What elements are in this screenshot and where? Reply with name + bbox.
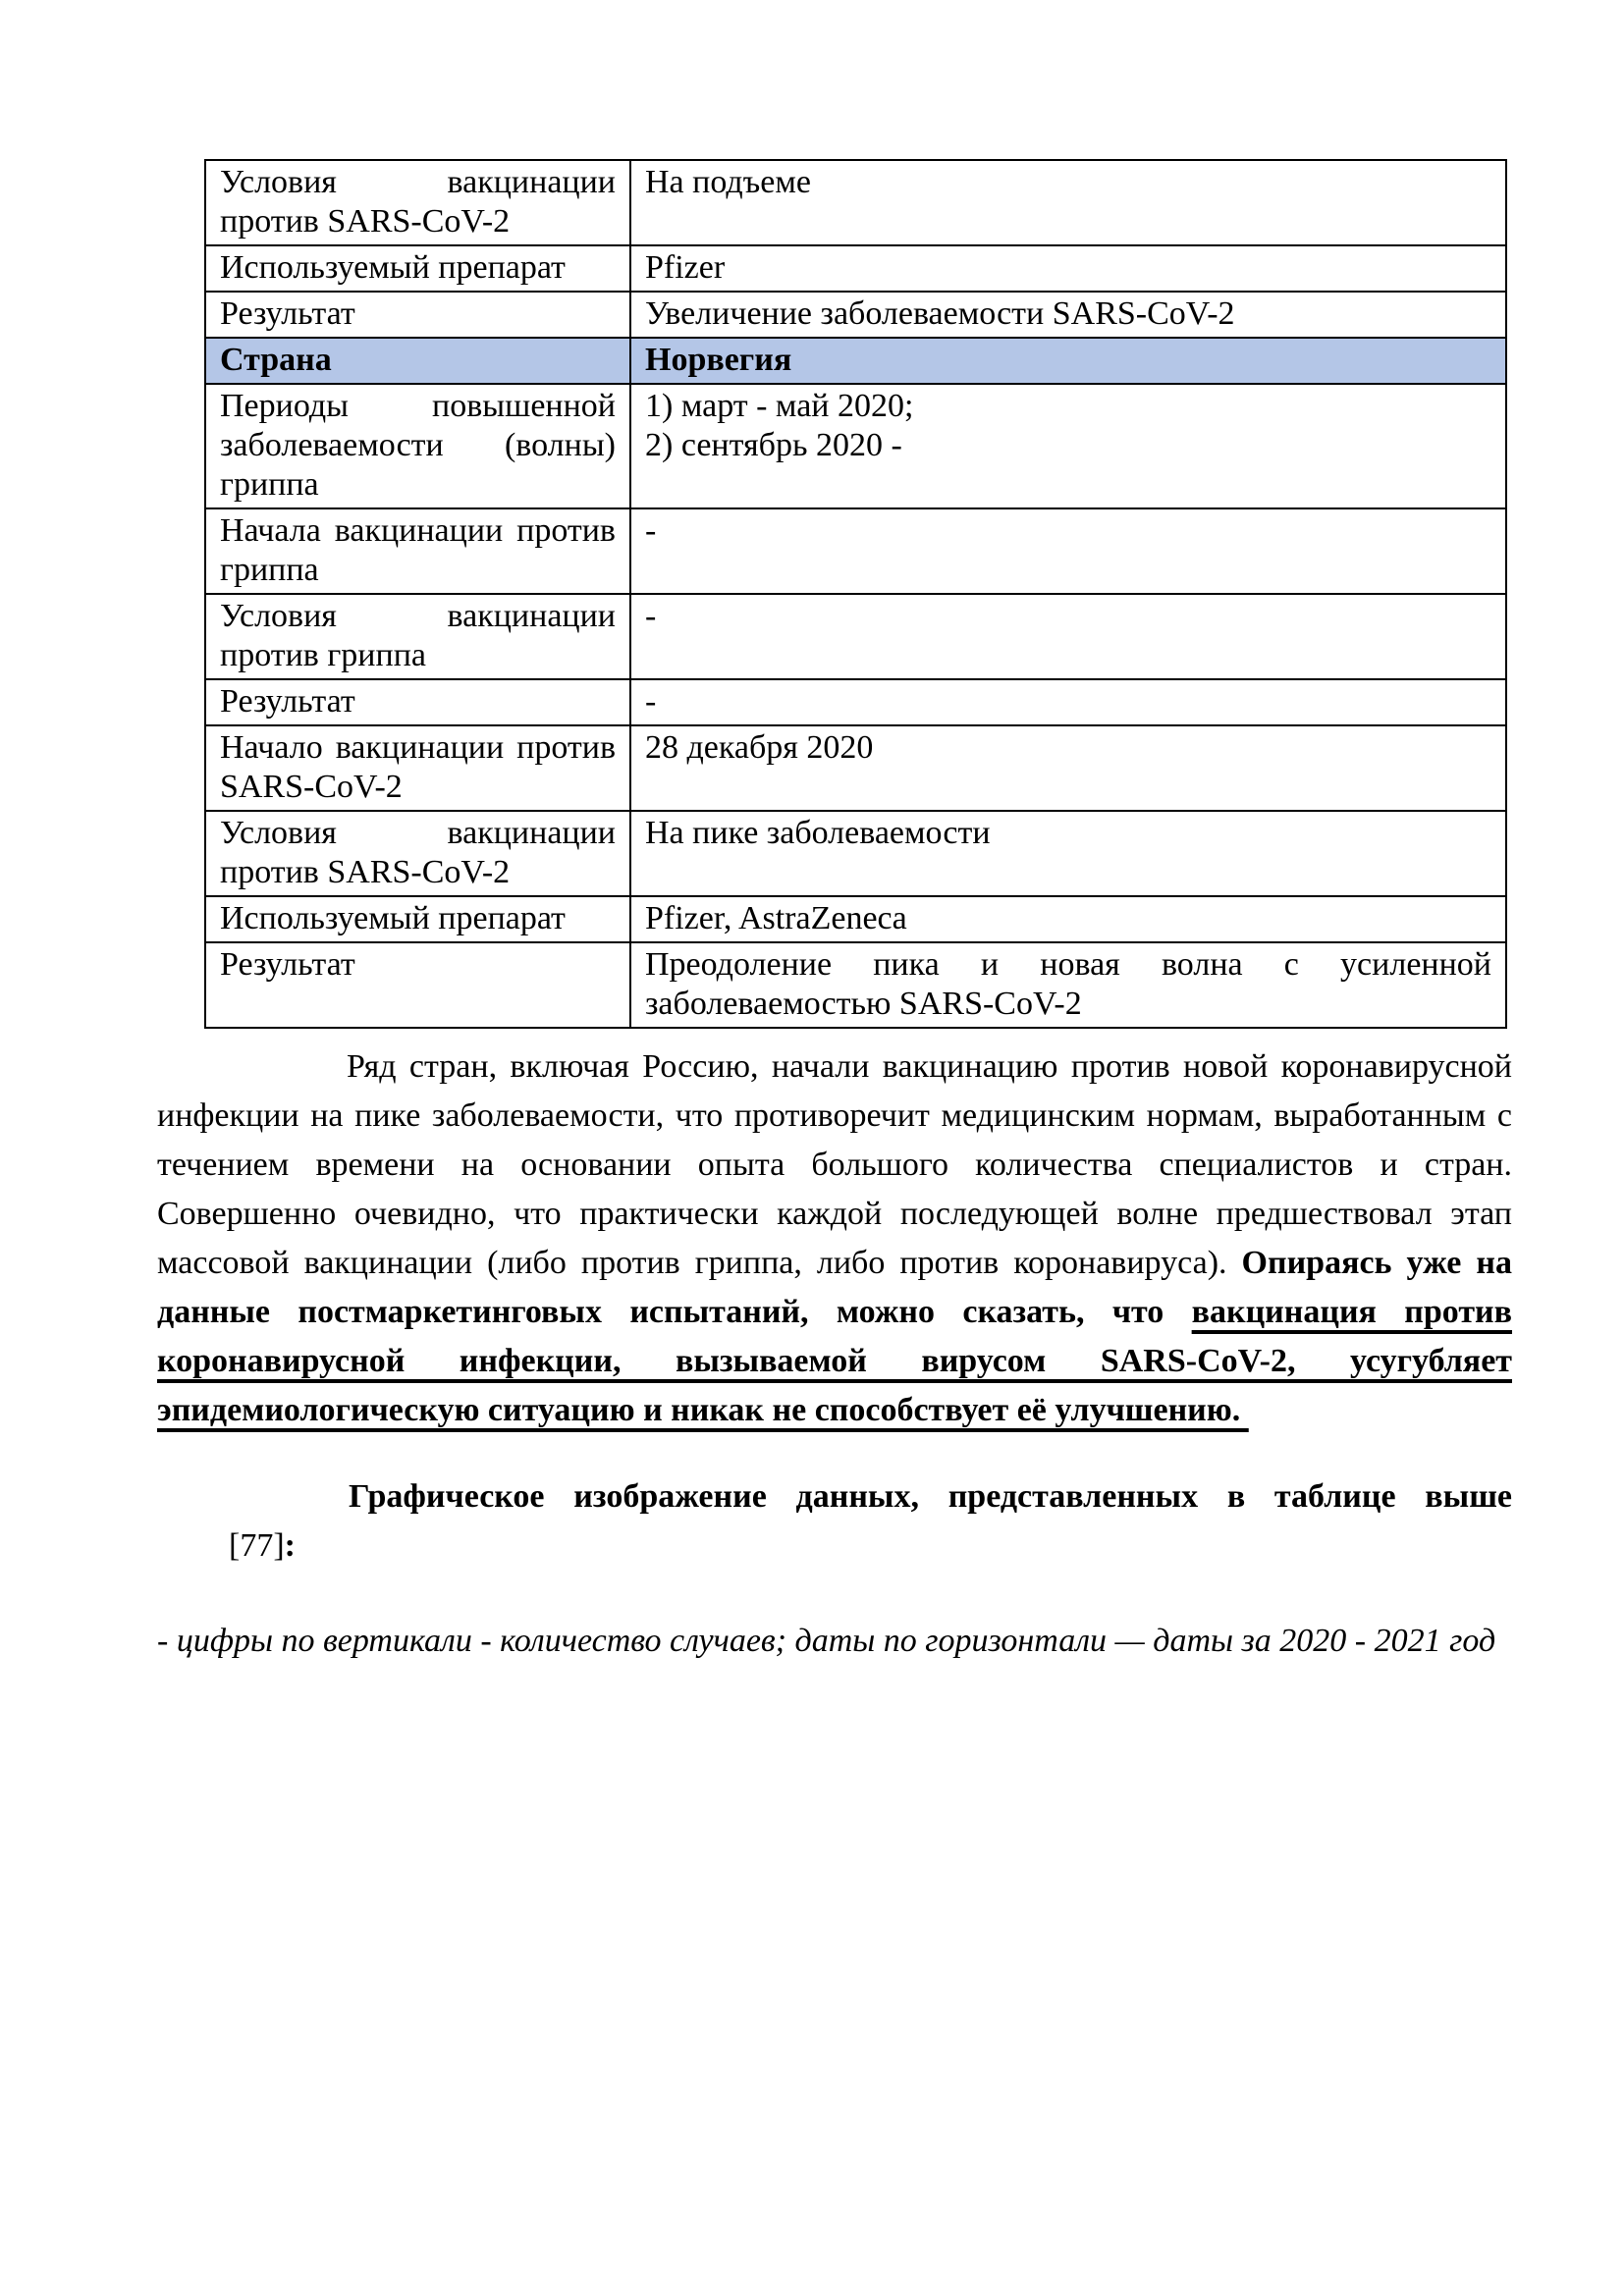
table-row: Условия вакцинации против SARS-CoV-2 На … <box>205 811 1506 896</box>
table-row: Условия вакцинации против гриппа - <box>205 594 1506 679</box>
axes-explanation-note: - цифры по вертикали - количество случае… <box>157 1616 1512 1667</box>
row-value-cell: На пике заболеваемости <box>630 811 1506 896</box>
table-row: Используемый препарат Pfizer <box>205 245 1506 292</box>
caption-bold-text: Графическое изображение данных, представ… <box>229 1472 1512 1522</box>
row-value-cell: 28 декабря 2020 <box>630 725 1506 811</box>
row-label-cell: Условия вакцинации против гриппа <box>205 594 630 679</box>
row-value-cell: Норвегия <box>630 338 1506 384</box>
table-row: Периоды повышенной заболеваемости (волны… <box>205 384 1506 508</box>
table-row: Начала вакцинации против гриппа - <box>205 508 1506 594</box>
table-row: Начало вакцинации против SARS-CoV-2 28 д… <box>205 725 1506 811</box>
row-value-cell: Pfizer <box>630 245 1506 292</box>
body-text-block: Ряд стран, включая Россию, начали вакцин… <box>157 1042 1512 1667</box>
vaccination-table: Условия вакцинации против SARS-CoV-2 На … <box>204 159 1507 1029</box>
row-label-cell: Периоды повышенной заболеваемости (волны… <box>205 384 630 508</box>
row-label-cell: Результат <box>205 679 630 725</box>
row-label-cell: Начала вакцинации против гриппа <box>205 508 630 594</box>
row-label-cell: Используемый препарат <box>205 896 630 942</box>
row-label-cell: Начало вакцинации против SARS-CoV-2 <box>205 725 630 811</box>
table-row: Условия вакцинации против SARS-CoV-2 На … <box>205 160 1506 245</box>
table-row: Результат - <box>205 679 1506 725</box>
table-row-country-header: Страна Норвегия <box>205 338 1506 384</box>
caption-reference-line: [77]: <box>229 1522 1512 1571</box>
row-value-cell: - <box>630 594 1506 679</box>
document-page: Условия вакцинации против SARS-CoV-2 На … <box>0 0 1624 2296</box>
body-paragraph: Ряд стран, включая Россию, начали вакцин… <box>157 1042 1512 1435</box>
figure-caption-paragraph: Графическое изображение данных, представ… <box>229 1472 1512 1571</box>
row-value-cell: - <box>630 508 1506 594</box>
row-value-cell: - <box>630 679 1506 725</box>
caption-colon: : <box>285 1527 296 1564</box>
table-row: Используемый препарат Pfizer, AstraZenec… <box>205 896 1506 942</box>
row-value-cell: Pfizer, AstraZeneca <box>630 896 1506 942</box>
row-value-cell: На подъеме <box>630 160 1506 245</box>
table-row: Результат Преодоление пика и новая волна… <box>205 942 1506 1028</box>
row-label-cell: Условия вакцинации против SARS-CoV-2 <box>205 811 630 896</box>
row-label-cell: Результат <box>205 942 630 1028</box>
row-label-cell: Результат <box>205 292 630 338</box>
row-label-cell: Используемый препарат <box>205 245 630 292</box>
row-value-cell: Преодоление пика и новая волна с усиленн… <box>630 942 1506 1028</box>
row-value-cell: 1) март - май 2020; 2) сентябрь 2020 - <box>630 384 1506 508</box>
table-row: Результат Увеличение заболеваемости SARS… <box>205 292 1506 338</box>
reference-number: [77] <box>229 1527 285 1564</box>
row-label-cell: Страна <box>205 338 630 384</box>
row-label-cell: Условия вакцинации против SARS-CoV-2 <box>205 160 630 245</box>
row-value-cell: Увеличение заболеваемости SARS-CoV-2 <box>630 292 1506 338</box>
